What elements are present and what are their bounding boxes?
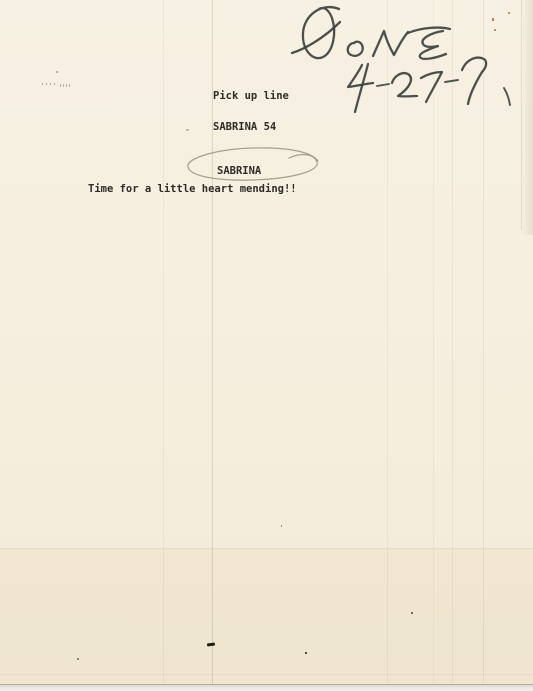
ink-overlay <box>0 0 533 691</box>
pencil-circle <box>188 148 318 180</box>
handwritten-status <box>292 7 450 59</box>
scanned-document: Pick up line SABRINA 54 SABRINA Time for… <box>0 0 533 691</box>
handwritten-date <box>348 58 510 112</box>
